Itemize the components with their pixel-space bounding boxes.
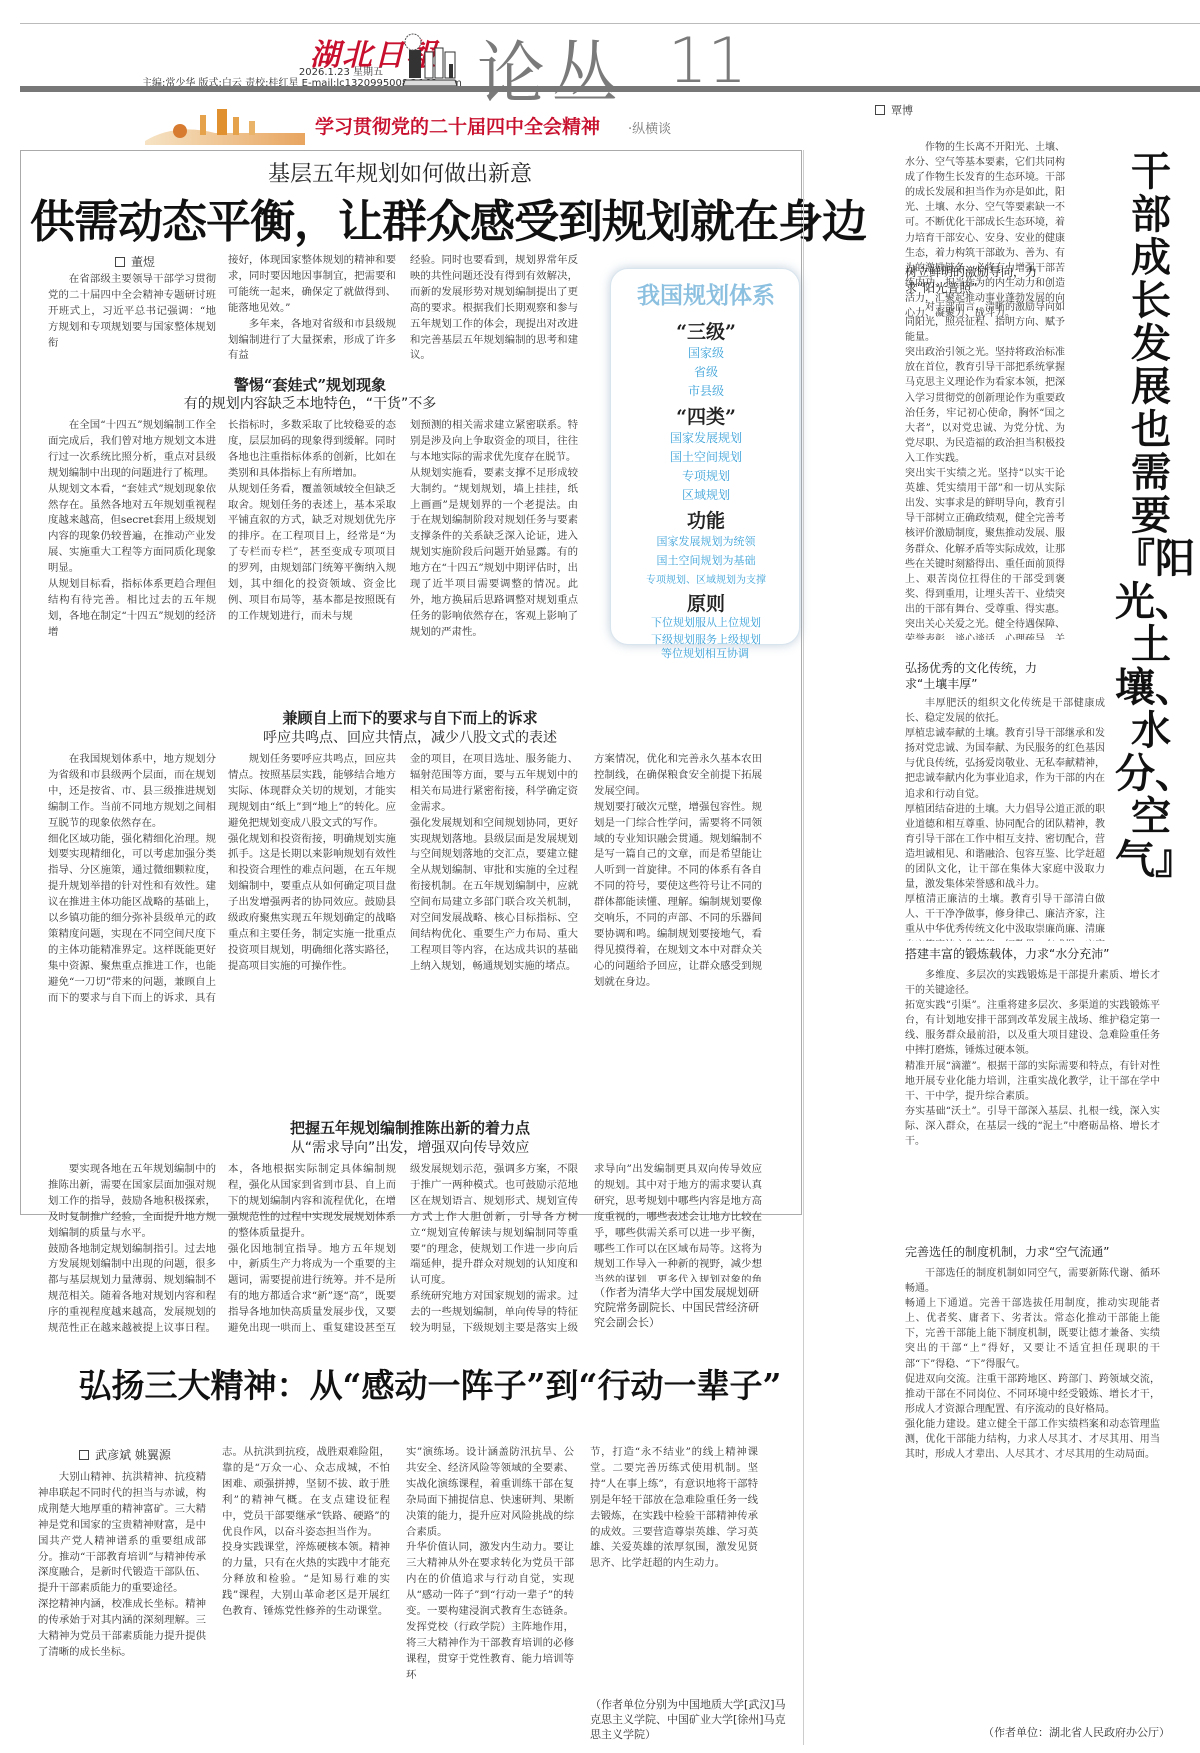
- paragraph: 划预测的相关需求建立紧密联系。特别是涉及向上争取资金的项目，往往与本地实际的需求…: [410, 418, 578, 641]
- paragraph: 在我国规划体系中，地方规划分为省级和市县级两个层面，而在规划中，还是按省、市、县…: [48, 752, 216, 1002]
- group-item: 国土空间规划为基础: [611, 552, 801, 568]
- section-3-subheading: 从“需求导向”出发，增强双向传导效应: [20, 1137, 800, 1157]
- section-2-heading: 兼顾自上而下的要求与自下而上的诉求: [20, 707, 800, 728]
- paragraph: 级发展规划示范，强调多方案，不限于推广一两种模式。也可鼓励示范地区在规划语言、规…: [410, 1162, 578, 1337]
- article-3-author-note: （作者单位分别为中国地质大学[武汉]马克思主义学院、中国矿业大学[徐州]马克思主…: [590, 1697, 790, 1742]
- section-title: 论丛: [477, 20, 625, 117]
- group-item: 国土空间规划: [611, 448, 801, 465]
- article-1-kicker: 基层五年规划如何做出新意: [20, 157, 780, 188]
- article-1-author-note: （作者为清华大学中国发展规划研究院常务副院长、中国民营经济研究会副会长）: [594, 1285, 764, 1330]
- section-3-col-4: 求导向”出发编制更具双向传导效应的规划。其中对于地方的需求要认真研究，思考规划中…: [594, 1162, 762, 1282]
- paragraph: 金的项目，在项目选址、服务能力、辐射范围等方面，要与五年规划中的相关布局进行紧密…: [410, 752, 578, 975]
- group-item: 专项规划: [611, 467, 801, 484]
- banner-subtitle: ·纵横谈: [628, 118, 671, 137]
- paragraph: 丰厚肥沃的组织文化传统是干部健康成长、稳定发展的依托。 厚植忠诚奉献的土壤。教育…: [905, 696, 1105, 941]
- author-names: 武彦斌 姚翼源: [95, 1448, 171, 1462]
- section-3-col-2: 本，各地根据实际制定具体编制规程，强化从国家到省到市县、自上而下的规划编制内容和…: [228, 1162, 396, 1337]
- paragraph: 长指标时，多数采取了比较稳妥的态度，层层加码的现象得到缓解。同时各地也注重指标体…: [228, 418, 396, 625]
- article-3-col-1: 大别山精神、抗洪精神、抗疫精神串联起不同时代的担当与赤诚，构成荆楚大地厚重的精神…: [38, 1470, 206, 1745]
- section-1-col-2: 长指标时，多数采取了比较稳妥的态度，层层加码的现象得到缓解。同时各地也注重指标体…: [228, 418, 396, 708]
- paragraph: 接好，体现国家整体规划的精神和要求，同时要因地因事制宜，把需要和可能统一起来，确…: [228, 253, 396, 317]
- group-item: 国家发展规划: [611, 429, 801, 446]
- banner-skyline-icon: [145, 105, 305, 145]
- section-1-subheading: 有的规划内容缺乏本地特色，“干货”不多: [20, 393, 600, 413]
- byline-square-icon: [79, 1450, 89, 1460]
- section-2-col-4: 方案情况，优化和完善永久基本农田控制线，在确保粮食安全前提下拓展发展空间。 规划…: [594, 752, 762, 1002]
- paragraph: 大别山精神、抗洪精神、抗疫精神串联起不同时代的担当与赤诚，构成荆楚大地厚重的精神…: [38, 1470, 206, 1661]
- paragraph: 本，各地根据实际制定具体编制规程，强化从国家到省到市县、自上而下的规划编制内容和…: [228, 1162, 396, 1337]
- article-2-section-3-heading: 搭建丰富的锻炼载体，力求“水分充沛”: [905, 946, 1155, 962]
- paragraph: 方案情况，优化和完善永久基本农田控制线，在确保粮食安全前提下拓展发展空间。 规划…: [594, 752, 762, 991]
- byline-square-icon: [875, 105, 885, 115]
- group-item: 市县级: [611, 382, 801, 399]
- section-2-subheading: 呼应共鸣点、回应共情点，减少八股文式的表述: [20, 727, 800, 747]
- article-2-vertical-headline: 干部成长发展也需要『阳光、土壤、水分、空气』: [1115, 150, 1187, 881]
- section-3-heading: 把握五年规划编制推陈出新的着力点: [20, 1117, 800, 1138]
- article-3-col-2: 志。从抗洪到抗疫，战胜艰难险阻，靠的是“万众一心、众志成城，不怕困难、顽强拼搏，…: [222, 1445, 390, 1745]
- section-3-col-3: 级发展规划示范，强调多方案，不限于推广一两种模式。也可鼓励示范地区在规划语言、规…: [410, 1162, 578, 1337]
- article-1-intro-col-3: 经验。同时也要看到，规划界常年反映的共性问题还没有得到有效解决，而新的发展形势对…: [410, 253, 578, 364]
- infobox-title: 我国规划体系: [611, 277, 801, 310]
- paragraph: 经验。同时也要看到，规划界常年反映的共性问题还没有得到有效解决，而新的发展形势对…: [410, 253, 578, 364]
- section-1-col-1: 在全国“十四五”规划编制工作全面完成后，我们曾对地方规划文本进行过一次系统比照分…: [48, 418, 216, 658]
- paragraph: 多年来，各地对省级和市县级规划编制进行了大量探索，形成了许多有益: [228, 317, 396, 365]
- article-2-section-3-body: 多维度、多层次的实践锻炼是干部提升素质、增长才干的关键途径。 拓宽实践“引渠”。…: [905, 968, 1160, 1238]
- paragraph: 在全国“十四五”规划编制工作全面完成后，我们曾对地方规划文本进行过一次系统比照分…: [48, 418, 216, 641]
- masthead-illustration-icon: [395, 30, 465, 88]
- group-label: 功能: [611, 506, 801, 533]
- article-2-byline: 覃博: [875, 102, 913, 118]
- group-item: 省级: [611, 363, 801, 380]
- article-2-section-4-heading: 完善选任的制度机制，力求“空气流通”: [905, 1244, 1155, 1260]
- author-name: 董煜: [131, 255, 155, 269]
- article-2-section-4-body: 干部选任的制度机制如同空气，需要新陈代谢、循环畅通。 畅通上下通道。完善干部选拔…: [905, 1266, 1160, 1721]
- article-1-headline: 供需动态平衡，让群众感受到规划就在身边: [30, 185, 800, 250]
- paragraph: 多维度、多层次的实践锻炼是干部提升素质、增长才干的关键途径。 拓宽实践“引渠”。…: [905, 968, 1160, 1149]
- article-2-section-1-heading: 树立鲜明的激励导向，力求“阳光普照”: [905, 264, 1065, 296]
- byline-square-icon: [115, 257, 125, 267]
- section-2-col-1: 在我国规划体系中，地方规划分为省级和市县级两个层面，而在规划中，还是按省、市、县…: [48, 752, 216, 1002]
- group-label: “三级”: [611, 317, 801, 344]
- paragraph: 干部选任的制度机制如同空气，需要新陈代谢、循环畅通。 畅通上下通道。完善干部选拔…: [905, 1266, 1160, 1462]
- paragraph: 对干部而言，清晰的激励导向如同阳光，照亮征程、指明方向、赋予能量。 突出政治引领…: [905, 300, 1065, 640]
- column-divider: [803, 150, 804, 1745]
- paragraph: 志。从抗洪到抗疫，战胜艰难险阻，靠的是“万众一心、众志成城，不怕困难、顽强拼搏，…: [222, 1445, 390, 1620]
- group-label: “四类”: [611, 402, 801, 429]
- section-2-col-2: 规划任务要呼应共鸣点，回应共情点。按照基层实践，能够结合地方实际、体现群众关切的…: [228, 752, 396, 1002]
- paragraph: 实”演练场。设计涵盖防汛抗旱、公共安全、经济风险等领域的全要素、实战化演练课程，…: [406, 1445, 574, 1684]
- section-1-heading: 警惕“套娃式”规划现象: [20, 374, 600, 395]
- article-3-col-4: 节，打造“永不结业”的线上精神课堂。二要完善历练式使用机制。坚持“人在事上练”，…: [590, 1445, 758, 1695]
- group-item: 国家级: [611, 344, 801, 361]
- author-name: 覃博: [891, 104, 913, 117]
- masthead-bar: [20, 86, 1200, 92]
- group-label: 原则: [611, 589, 801, 616]
- group-item: 区域规划: [611, 486, 801, 503]
- group-item: 等位规划相互协调: [610, 645, 800, 661]
- paragraph: 规划任务要呼应共鸣点，回应共情点。按照基层实践，能够结合地方实际、体现群众关切的…: [228, 752, 396, 975]
- paragraph: 节，打造“永不结业”的线上精神课堂。二要完善历练式使用机制。坚持“人在事上练”，…: [590, 1445, 758, 1572]
- article-3-col-3: 实”演练场。设计涵盖防汛抗旱、公共安全、经济风险等领域的全要素、实战化演练课程，…: [406, 1445, 574, 1745]
- group-item: 下位规划服从上位规划: [611, 614, 801, 630]
- group-item: 国家发展规划为统领: [611, 533, 801, 549]
- section-2-col-3: 金的项目，在项目选址、服务能力、辐射范围等方面，要与五年规划中的相关布局进行紧密…: [410, 752, 578, 1002]
- article-1-intro-col-2: 接好，体现国家整体规划的精神和要求，同时要因地因事制宜，把需要和可能统一起来，确…: [228, 253, 396, 364]
- banner-title: 学习贯彻党的二十届四中全会精神: [315, 112, 600, 139]
- paragraph: 求导向”出发编制更具双向传导效应的规划。其中对于地方的需求要认真研究，思考规划中…: [594, 1162, 762, 1282]
- article-3-byline: 武彦斌 姚翼源: [40, 1446, 210, 1463]
- group-item: 专项规划、区域规划为支撑: [611, 571, 801, 586]
- paragraph: 要实现各地在五年规划编制中的推陈出新，需要在国家层面加强对规划工作的指导，鼓励各…: [48, 1162, 216, 1337]
- article-2-author-note: （作者单位：湖北省人民政府办公厅）: [950, 1724, 1170, 1740]
- planning-system-infobox: 我国规划体系 “三级” 国家级 省级 市县级 “四类” 国家发展规划 国土空间规…: [610, 268, 800, 645]
- article-3-headline: 弘扬三大精神：从“感动一阵子”到“行动一辈子”: [60, 1360, 800, 1407]
- article-1-byline: 董煜: [60, 253, 210, 270]
- section-1-col-3: 划预测的相关需求建立紧密联系。特别是涉及向上争取资金的项目，往往与本地实际的需求…: [410, 418, 578, 708]
- article-2-section-1-body: 对干部而言，清晰的激励导向如同阳光，照亮征程、指明方向、赋予能量。 突出政治引领…: [905, 300, 1065, 640]
- article-2-section-2-body: 丰厚肥沃的组织文化传统是干部健康成长、稳定发展的依托。 厚植忠诚奉献的土壤。教育…: [905, 696, 1105, 941]
- article-1-intro-col-1: 在省部级主要领导干部学习贯彻党的二十届四中全会精神专题研讨班开班式上，习近平总书…: [48, 272, 216, 352]
- article-2-section-2-heading: 弘扬优秀的文化传统，力求“土壤丰厚”: [905, 660, 1065, 692]
- paragraph: 在省部级主要领导干部学习贯彻党的二十届四中全会精神专题研讨班开班式上，习近平总书…: [48, 272, 216, 352]
- section-3-col-1: 要实现各地在五年规划编制中的推陈出新，需要在国家层面加强对规划工作的指导，鼓励各…: [48, 1162, 216, 1337]
